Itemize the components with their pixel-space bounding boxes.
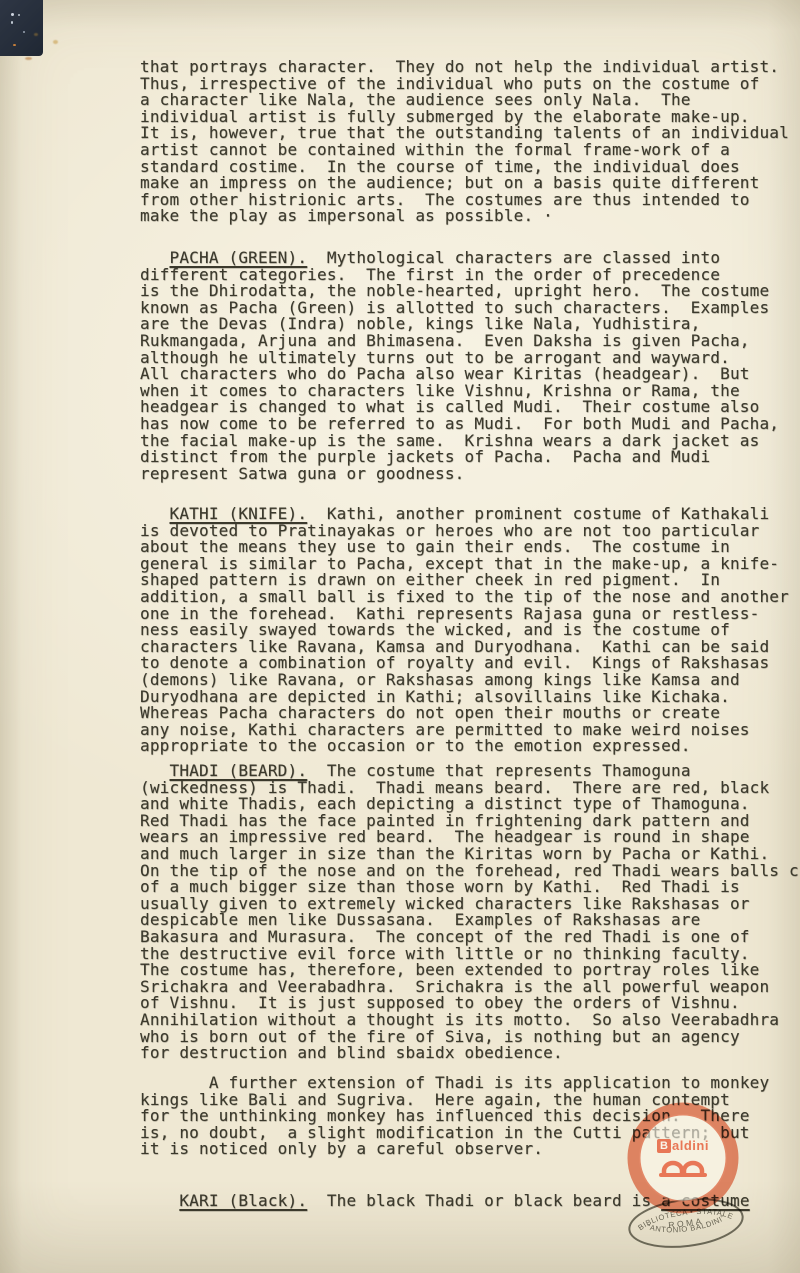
paper-stain [25,57,32,60]
baldini-initial-tile: B [657,1139,671,1153]
first-line-text: The black Thadi or black beard is [307,1191,661,1210]
paragraph-body: different categories. The first in the o… [140,267,800,483]
indent [140,1191,179,1210]
paragraph-kathi: KATHI (KNIFE). Kathi, another prominent … [140,506,800,755]
baldini-brand: Baldini [639,1138,727,1183]
paper-stain [34,33,38,36]
paragraph-body: is devoted to Pratinayakas or heroes who… [140,523,800,755]
paragraph-thadi: THADI (BEARD). The costume that represen… [140,763,800,1062]
paragraph-body: (wickedness) is Thadi. Thadi means beard… [140,780,800,1062]
paragraph-body: Thus, irrespective of the individual who… [140,76,800,225]
open-book-icon [639,1156,727,1183]
paragraph-intro: that portrays character. They do not hel… [140,59,800,225]
paragraph-pacha: PACHA (GREEN). Mythological characters a… [140,250,800,482]
corner-mark [0,0,43,56]
section-heading: KARI (Black). [179,1191,307,1210]
paper-stain [53,40,58,44]
baldini-wordmark: aldini [672,1138,709,1153]
